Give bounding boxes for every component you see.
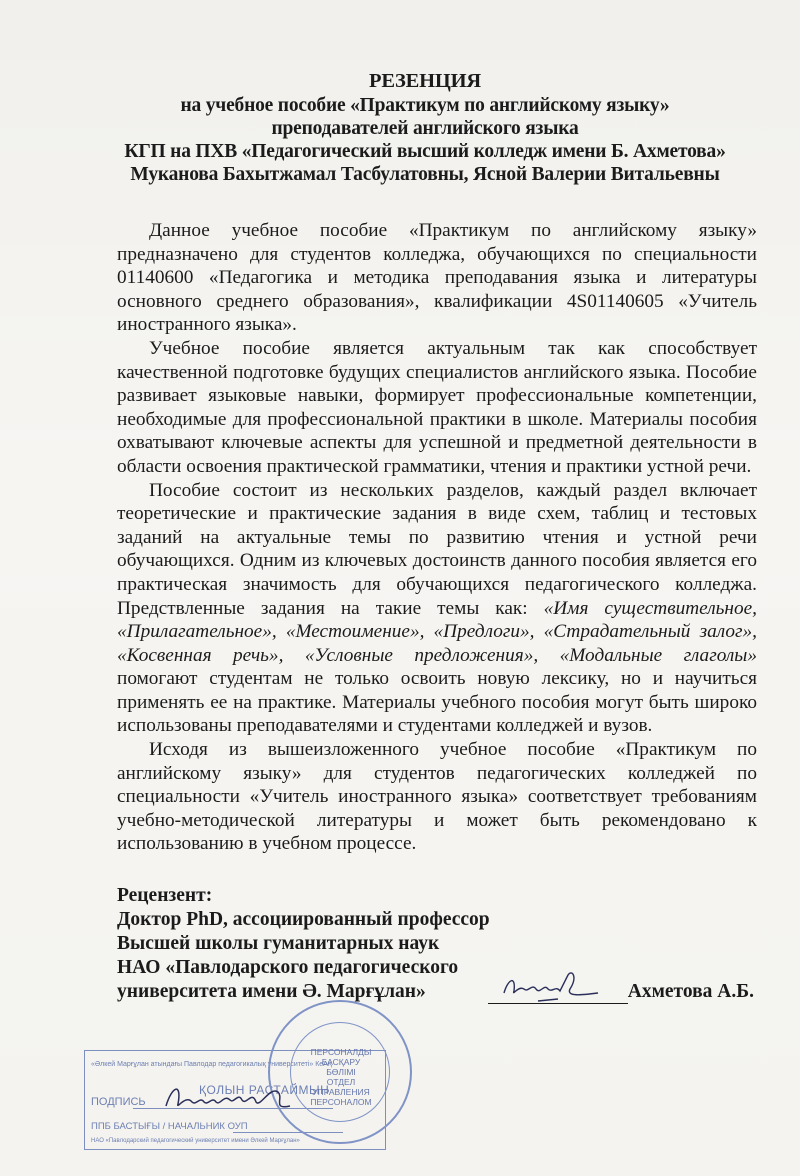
signature-line <box>488 983 628 1004</box>
reviewer-name: Ахметова А.Б. <box>628 980 754 1004</box>
header-institution: КГП на ПХВ «Педагогический высший коллед… <box>100 140 750 163</box>
stamp-signature-label: ПОДПИСЬ <box>91 1096 146 1108</box>
document-header: РЕЗЕНЦИЯ на учебное пособие «Практикум п… <box>100 70 750 186</box>
paragraph-4: Исходя из вышеизложенного учебное пособи… <box>117 738 757 856</box>
reviewer-block: Рецензент: Доктор PhD, ассоциированный п… <box>117 884 777 1004</box>
paragraph-2: Учебное пособие является актуальным так … <box>117 337 757 479</box>
review-body: Данное учебное пособие «Практикум по анг… <box>117 219 757 856</box>
reviewer-signature-row: университета имени Ә. Марғұлан» Ахметова… <box>117 980 777 1004</box>
reviewer-org-line2: университета имени Ә. Марғұлан» <box>117 980 426 1004</box>
reviewer-label: Рецензент: <box>117 884 777 908</box>
stamp-handwritten-signature-icon <box>160 1076 310 1116</box>
stamp-bottom-text: НАО «Павлодарский педагогический универс… <box>91 1138 300 1144</box>
reviewer-position: Доктор PhD, ассоциированный профессор <box>117 908 777 932</box>
document-title: РЕЗЕНЦИЯ <box>100 70 750 93</box>
reviewer-org-line1: НАО «Павлодарского педагогического <box>117 956 777 980</box>
header-subject-line: на учебное пособие «Практикум по английс… <box>100 94 750 117</box>
paragraph-3-end: помогают студентам не только освоить нов… <box>117 668 757 736</box>
header-authors-role: преподавателей английского языка <box>100 117 750 140</box>
document-page: РЕЗЕНЦИЯ на учебное пособие «Практикум п… <box>0 0 800 1176</box>
paragraph-3: Пособие состоит из нескольких разделов, … <box>117 479 757 739</box>
seal-line: ПЕРСОНАЛДЫ <box>291 1047 391 1057</box>
handwritten-signature-icon <box>498 969 608 1003</box>
reviewer-school: Высшей школы гуманитарных наук <box>117 932 777 956</box>
stamp-head-label: ППБ БАСТЫҒЫ / НАЧАЛЬНИК ОУП <box>91 1121 248 1132</box>
seal-line: БАСҚАРУ <box>291 1057 391 1067</box>
header-authors-names: Муканова Бахытжамал Тасбулатовны, Ясной … <box>100 163 750 186</box>
paragraph-1: Данное учебное пособие «Практикум по анг… <box>117 219 757 337</box>
round-seal-icon: ПЕРСОНАЛДЫ БАСҚАРУ БӨЛІМІ ОТДЕЛ УПРАВЛЕН… <box>268 1000 412 1144</box>
